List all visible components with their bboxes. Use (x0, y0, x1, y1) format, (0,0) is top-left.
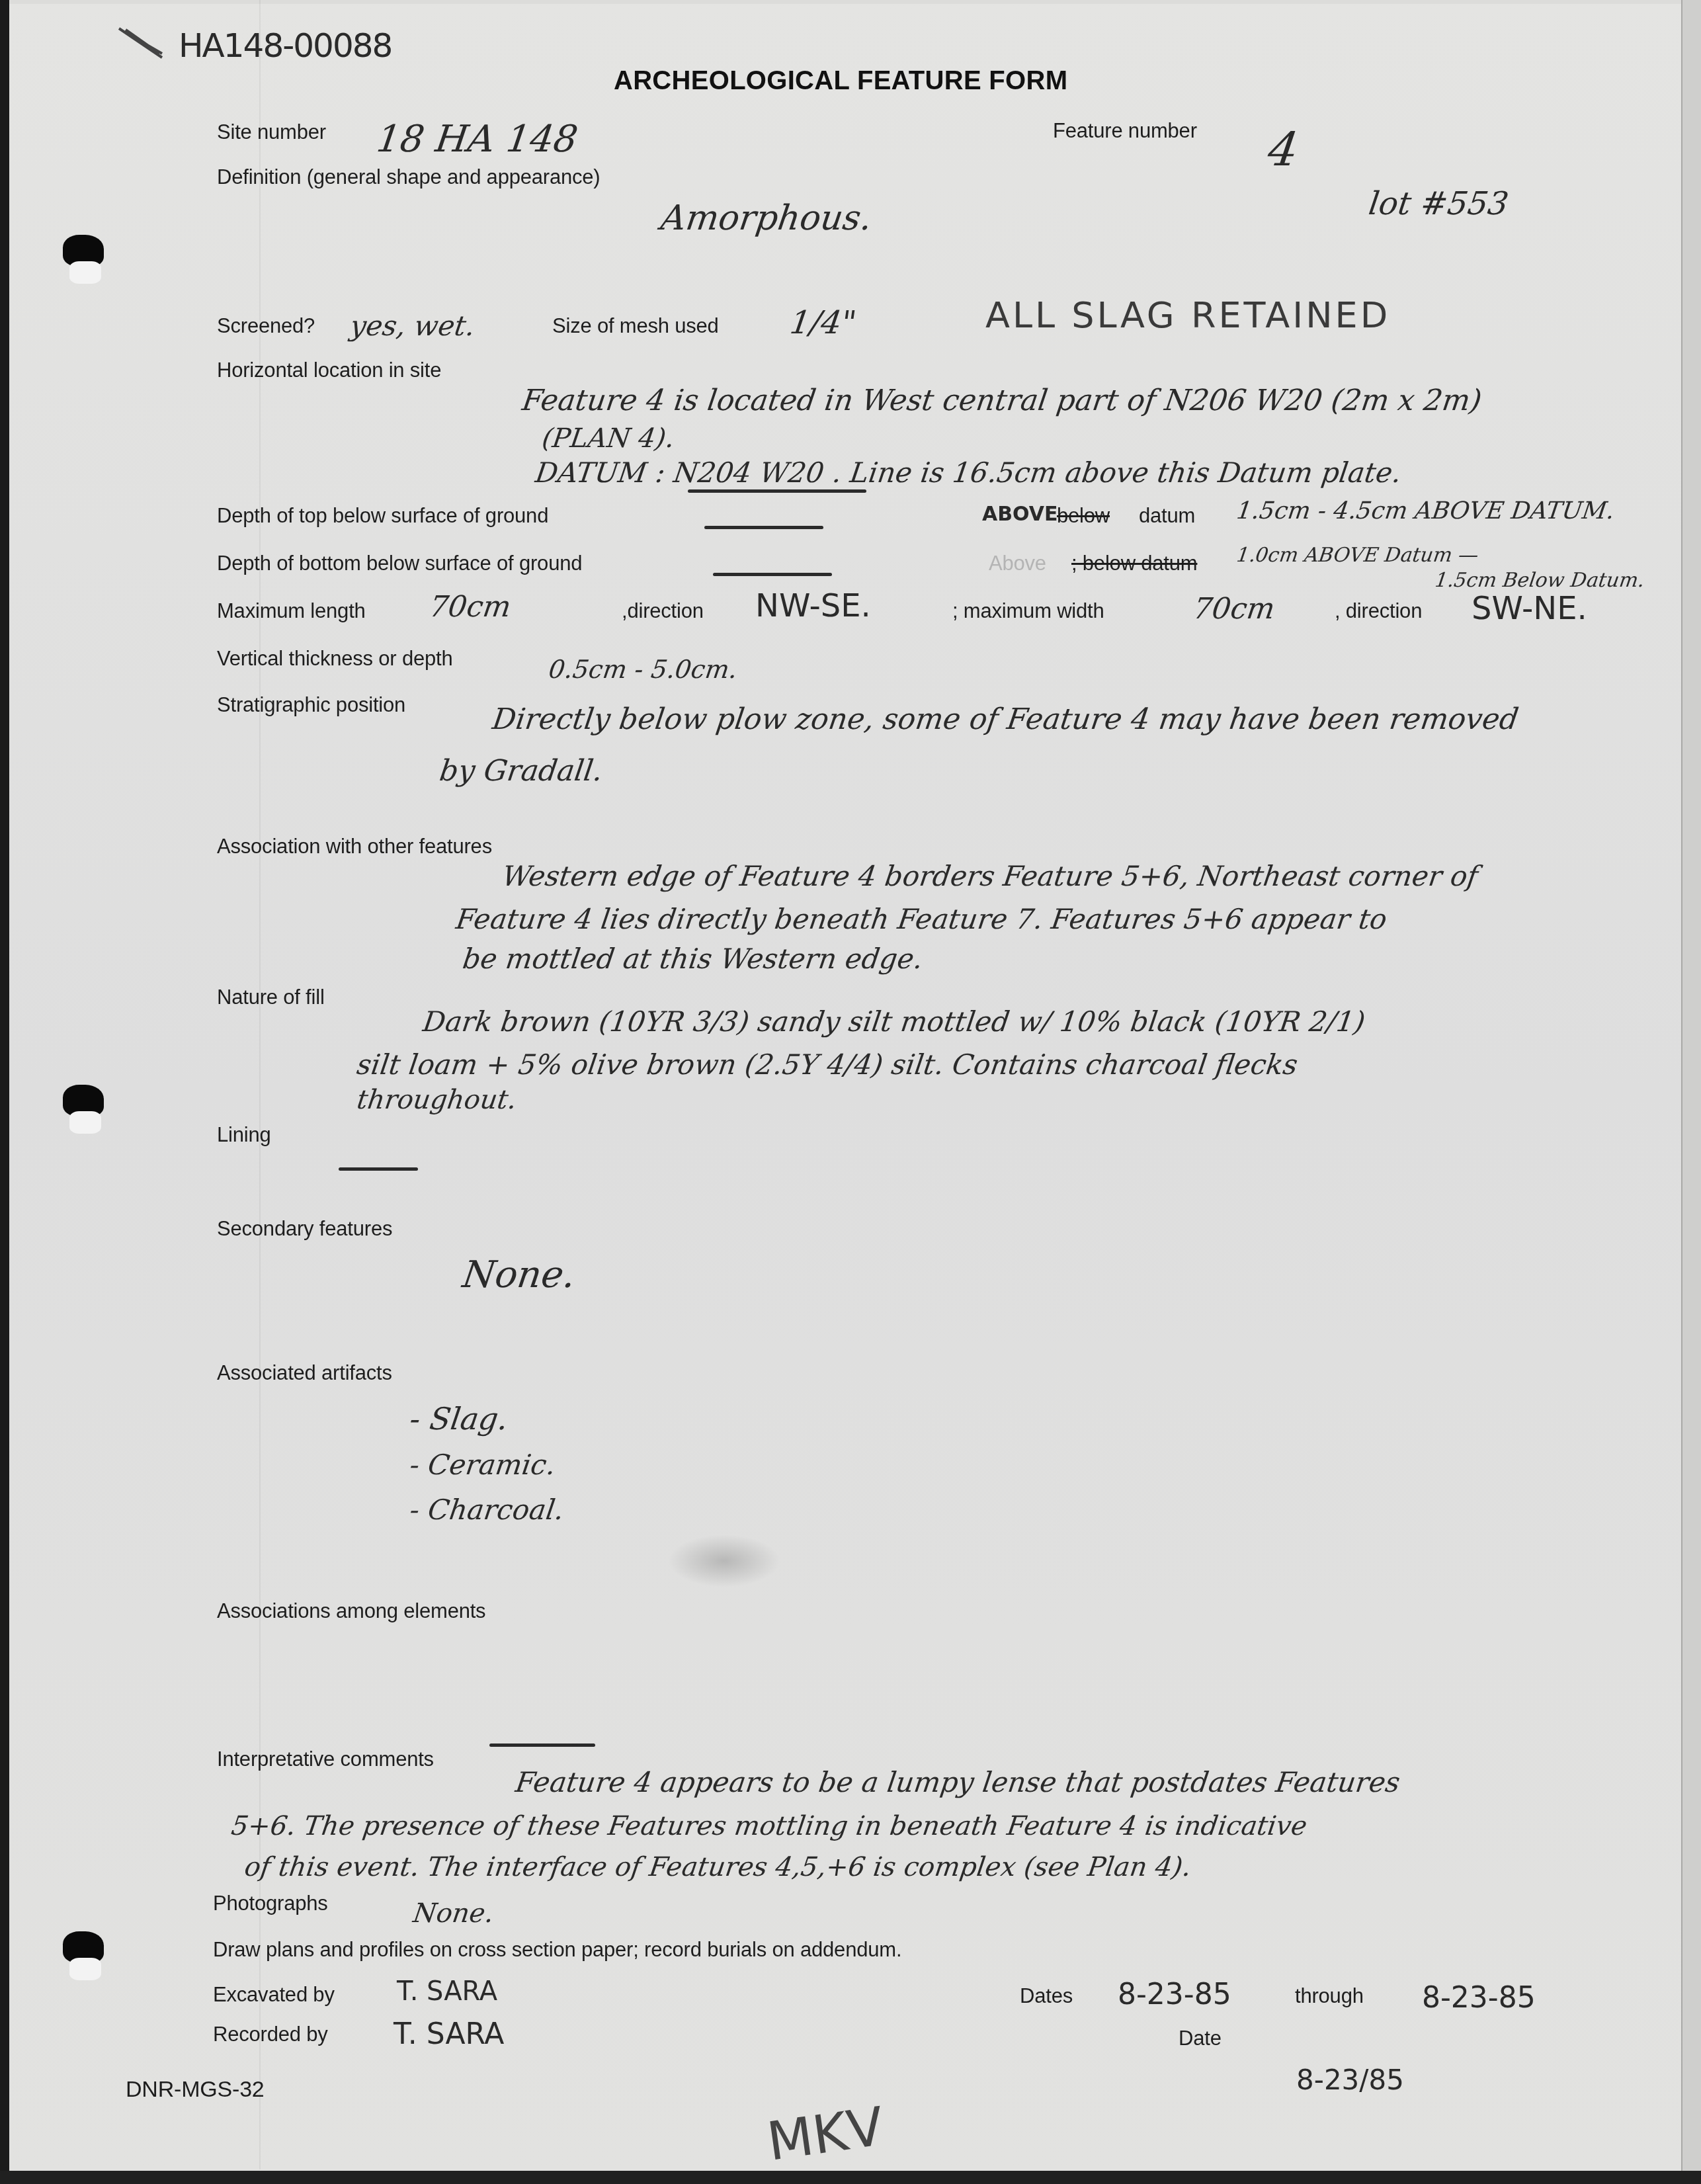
max-length-label: Maximum length (217, 599, 366, 623)
excavated-by-value: T. SARA (397, 1976, 497, 2007)
vertical-thickness-value: 0.5cm - 5.0cm. (547, 655, 739, 684)
max-width-value: 70cm (1191, 592, 1277, 626)
depth-top-datum-prefix: ABOVE (982, 503, 1058, 526)
screened-value: yes, wet. (349, 310, 477, 342)
association-features-label: Association with other features (217, 835, 492, 859)
depth-top-datum-label: datum (1139, 504, 1195, 528)
dates-from-value: 8-23-85 (1118, 1978, 1231, 2011)
horizontal-location-line-3: DATUM : N204 W20 . Line is 16.5cm above … (534, 456, 1404, 489)
fill-line-1: Dark brown (10YR 3/3) sandy silt mottled… (421, 1005, 1368, 1038)
stratigraphic-line-2: by Gradall. (437, 754, 604, 788)
recorded-by-value: T. SARA (394, 2017, 504, 2051)
vertical-thickness-label: Vertical thickness or depth (217, 647, 452, 671)
lining-value-dash (339, 1167, 418, 1171)
length-direction-label: ,direction (622, 599, 704, 623)
mesh-size-value: 1/4" (788, 304, 858, 341)
dates-to-value: 8-23-85 (1422, 1981, 1536, 2015)
punch-hole-bottom (63, 1931, 104, 1963)
secondary-features-value: None. (460, 1253, 578, 1296)
stratigraphic-position-label: Stratigraphic position (217, 693, 405, 717)
lining-label: Lining (217, 1123, 271, 1147)
slag-retained-note: ALL SLAG RETAINED (985, 294, 1390, 336)
depth-bottom-datum-prefix: Above (989, 552, 1046, 575)
depth-top-label: Depth of top below surface of ground (217, 504, 548, 528)
depth-top-datum-value: 1.5cm - 4.5cm ABOVE DATUM. (1235, 497, 1616, 525)
instructions-text: Draw plans and profiles on cross section… (213, 1938, 901, 1962)
fill-line-3: throughout. (355, 1085, 519, 1115)
depth-bottom-datum-label: ; below datum (1071, 552, 1197, 575)
scan-edge-left (0, 0, 9, 2184)
associated-artifacts-label: Associated artifacts (217, 1361, 392, 1385)
datum-underline (688, 489, 866, 493)
depth-bottom-datum-value-1: 1.0cm ABOVE Datum — (1235, 544, 1480, 567)
width-direction-value: SW-NE. (1472, 590, 1587, 627)
dates-label: Dates (1020, 1984, 1073, 2008)
artifact-item: - Ceramic. (408, 1449, 558, 1481)
stratigraphic-line-1: Directly below plow zone, some of Featur… (490, 702, 1520, 736)
scan-edge-bottom (0, 2171, 1701, 2184)
depth-top-value-dash (704, 526, 823, 529)
depth-bottom-datum-value-2: 1.5cm Below Datum. (1434, 569, 1646, 592)
depth-bottom-label: Depth of bottom below surface of ground (217, 552, 582, 575)
comments-line-3: of this event. The interface of Features… (243, 1852, 1193, 1882)
lot-number-note: lot #553 (1366, 185, 1511, 222)
photographs-value: None. (411, 1898, 496, 1929)
association-line-1: Western edge of Feature 4 borders Featur… (501, 860, 1480, 892)
associations-elements-dash (489, 1743, 595, 1747)
secondary-features-label: Secondary features (217, 1217, 392, 1241)
definition-label: Definition (general shape and appearance… (217, 165, 600, 189)
max-width-label: ; maximum width (952, 599, 1104, 623)
horizontal-location-line-1: Feature 4 is located in West central par… (520, 384, 1483, 417)
nature-of-fill-label: Nature of fill (217, 986, 325, 1009)
punch-hole-middle (63, 1085, 104, 1116)
punch-hole-top (63, 235, 104, 267)
excavated-by-label: Excavated by (213, 1983, 335, 2007)
depth-top-datum-struck: below (1057, 504, 1110, 528)
horizontal-location-line-2: (PLAN 4). (540, 423, 677, 454)
scribble-mark-icon (116, 23, 169, 63)
definition-value: Amorphous. (659, 198, 874, 238)
recorded-by-label: Recorded by (213, 2023, 328, 2046)
ink-smudge (668, 1534, 780, 1587)
photographs-label: Photographs (213, 1892, 328, 1915)
max-length-value: 70cm (427, 590, 513, 624)
artifact-item: - Slag. (407, 1401, 510, 1437)
associations-elements-label: Associations among elements (217, 1599, 485, 1623)
fill-line-2: silt loam + 5% olive brown (2.5Y 4/4) si… (355, 1048, 1300, 1081)
horizontal-location-label: Horizontal location in site (217, 358, 441, 382)
form-id: DNR-MGS-32 (126, 2077, 265, 2103)
comments-line-2: 5+6. The presence of these Features mott… (229, 1811, 1309, 1841)
dates-through-label: through (1295, 1984, 1364, 2008)
recorded-date-value: 8-23/85 (1296, 2064, 1404, 2096)
width-direction-label: , direction (1335, 599, 1422, 623)
association-line-2: Feature 4 lies directly beneath Feature … (454, 903, 1390, 935)
form-title: ARCHEOLOGICAL FEATURE FORM (614, 66, 1067, 96)
length-direction-value: NW-SE. (755, 587, 871, 624)
scan-edge-right (1681, 0, 1701, 2184)
corner-code: HA148-00088 (179, 26, 392, 65)
recorded-date-label: Date (1179, 2027, 1222, 2050)
mesh-size-label: Size of mesh used (552, 314, 719, 338)
site-number-value: 18 HA 148 (374, 118, 580, 161)
screened-label: Screened? (217, 314, 315, 338)
site-number-label: Site number (217, 120, 326, 144)
depth-bottom-value-dash (713, 573, 832, 576)
comments-line-1: Feature 4 appears to be a lumpy lense th… (514, 1766, 1402, 1798)
artifact-item: - Charcoal. (408, 1493, 566, 1526)
interpretative-comments-label: Interpretative comments (217, 1747, 434, 1771)
association-line-3: be mottled at this Western edge. (461, 943, 925, 975)
feature-number-label: Feature number (1053, 119, 1197, 143)
